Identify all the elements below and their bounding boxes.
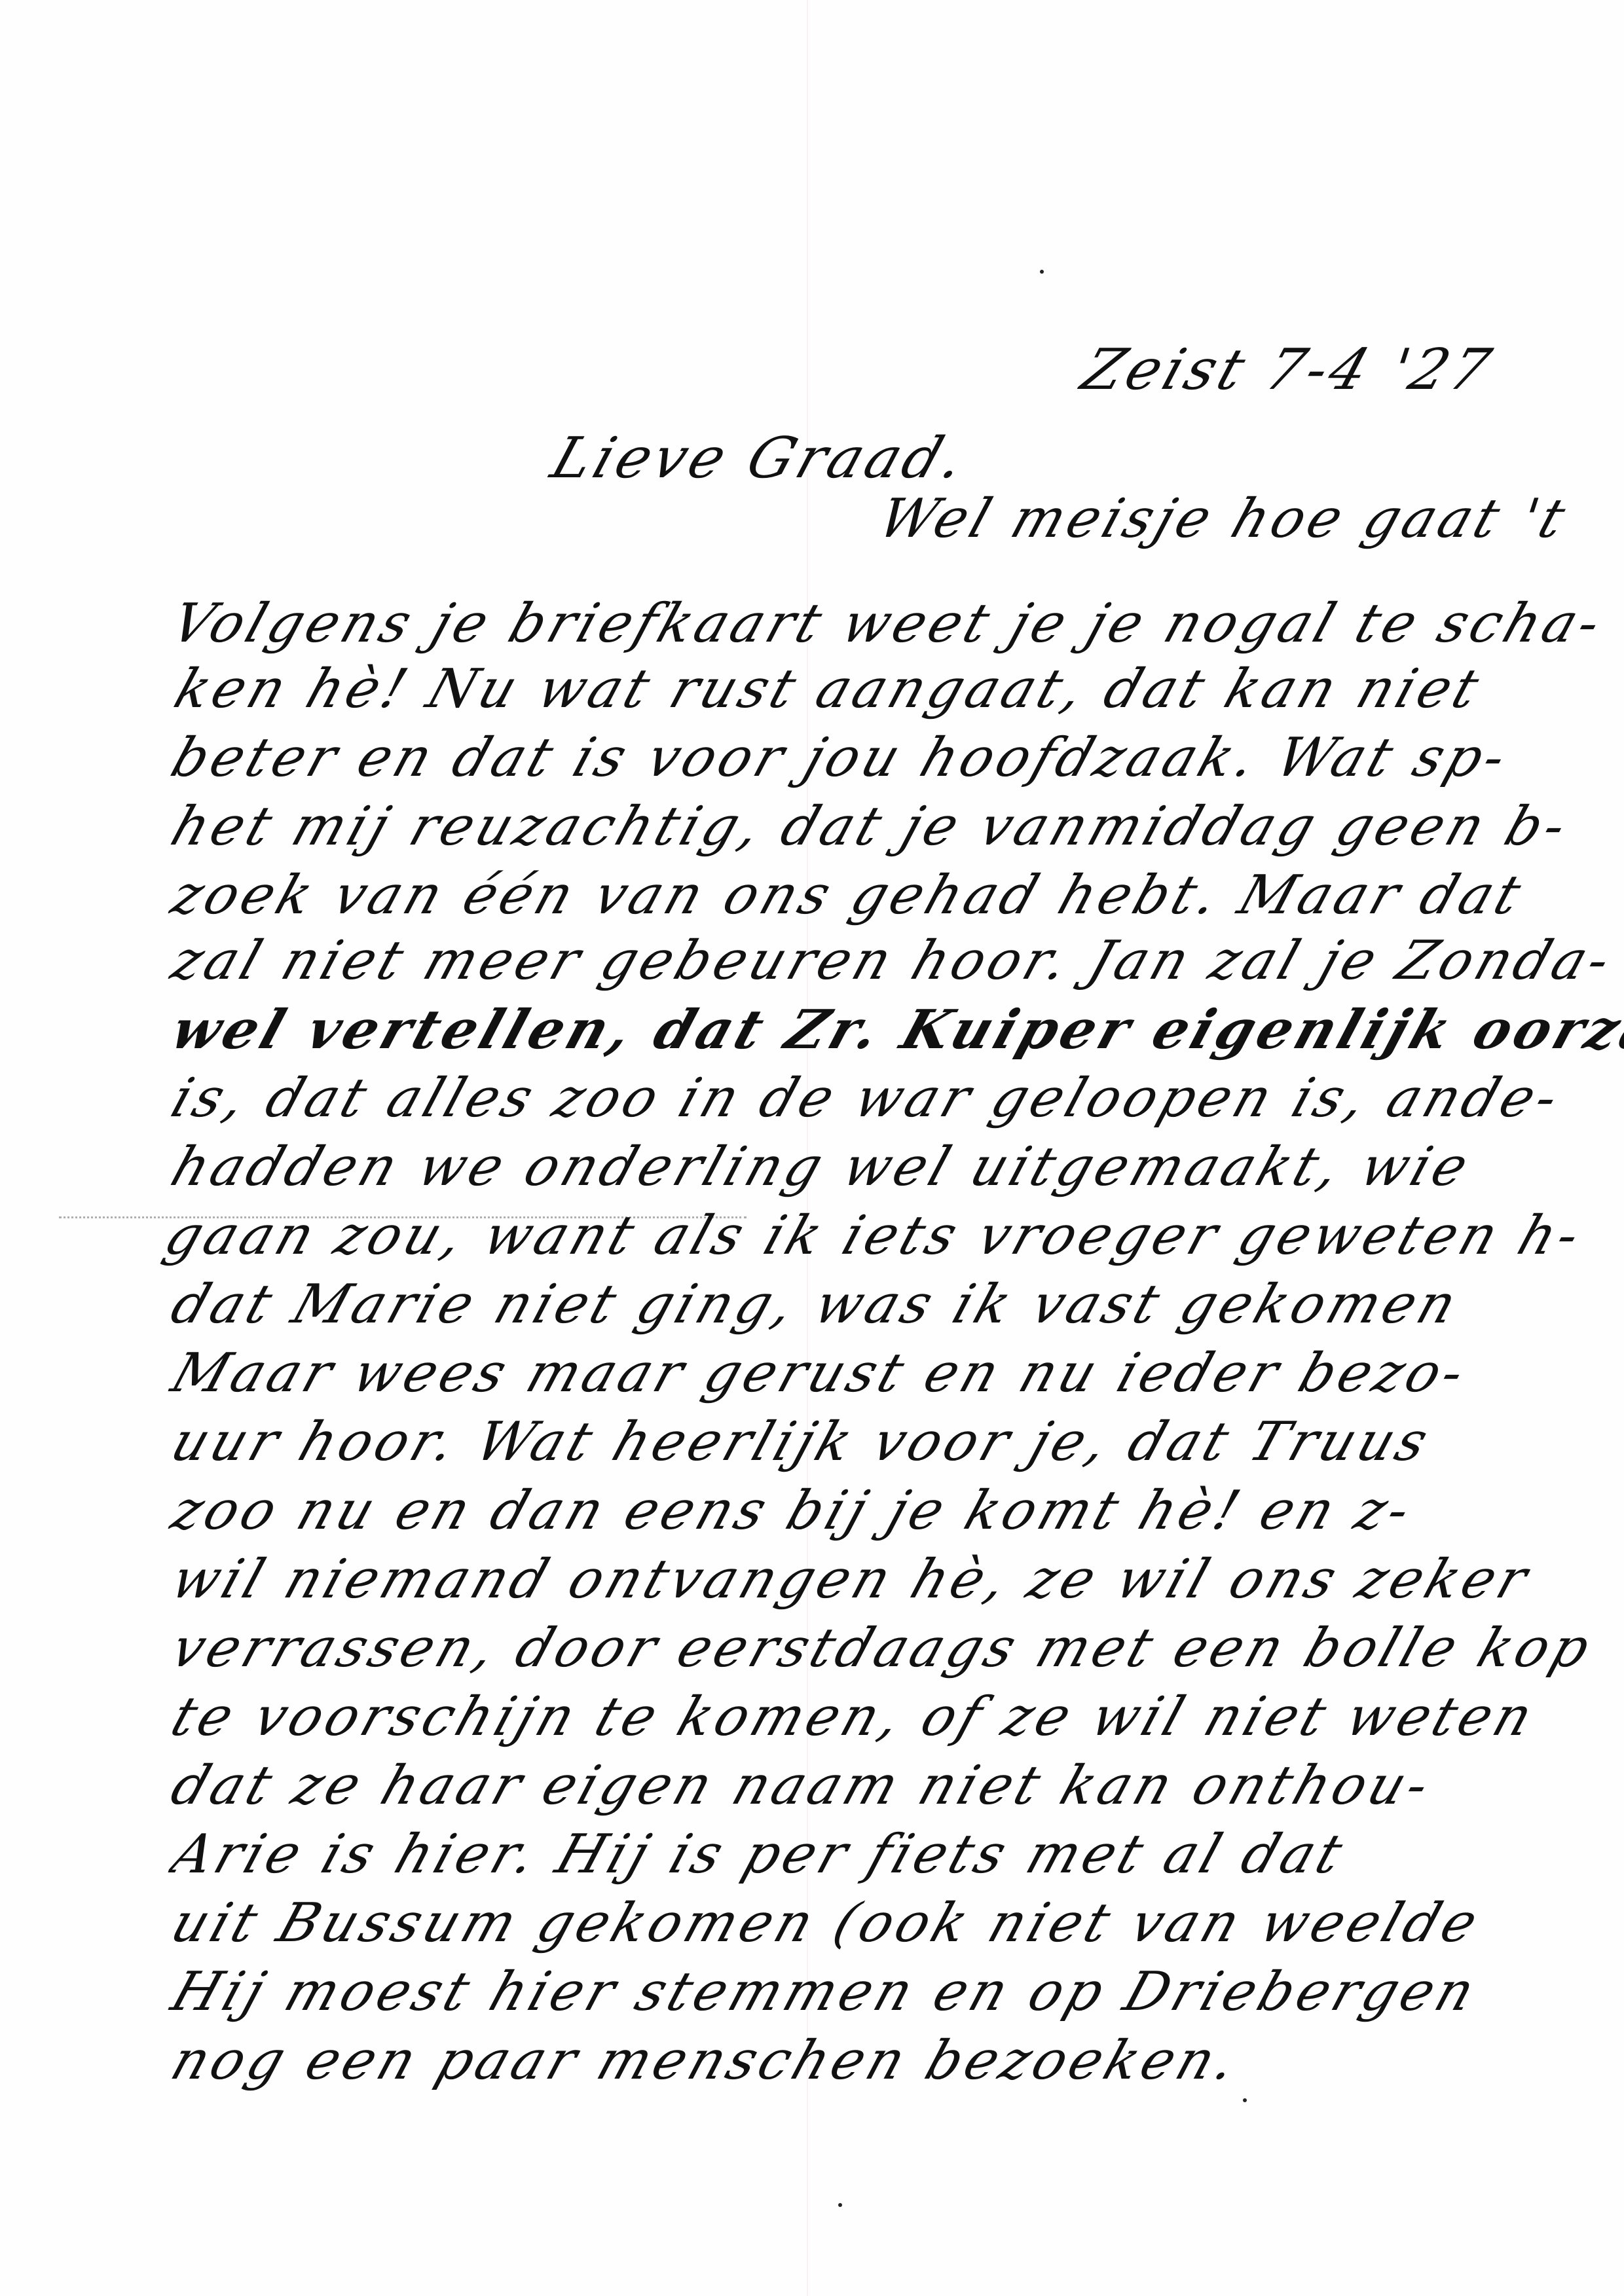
letter-line: is, dat alles zoo in de war geloopen is,…	[164, 1067, 1624, 1129]
ink-speck	[1040, 270, 1044, 274]
letter-line: Arie is hier. Hij is per fiets met al da…	[164, 1823, 1624, 1886]
letter-line: uit Bussum gekomen (ook niet van weelde	[164, 1892, 1624, 1954]
letter-page: Zeist 7-4 '27 Lieve Graad. Wel meisje ho…	[0, 0, 1624, 2296]
letter-line: dat Marie niet ging, was ik vast gekomen	[164, 1273, 1624, 1336]
place-date: Zeist 7-4 '27	[1074, 337, 1502, 403]
letter-line: Volgens je briefkaart weet je je nogal t…	[164, 592, 1624, 655]
letter-line: wel vertellen, dat Zr. Kuiper eigenlijk …	[164, 998, 1624, 1061]
letter-line: hadden we onderling wel uitgemaakt, wie	[164, 1136, 1624, 1198]
letter-line: zoek van één van ons gehad hebt. Maar da…	[164, 864, 1624, 926]
letter-line: het mij reuzachtig, dat je vanmiddag gee…	[164, 795, 1624, 858]
letter-line: uur hoor. Wat heerlijk voor je, dat Truu…	[164, 1411, 1624, 1473]
letter-line: Hij moest hier stemmen en op Driebergen	[164, 1961, 1624, 2023]
letter-line: Maar wees maar gerust en nu ieder bezo-	[164, 1342, 1624, 1404]
letter-line: dat ze haar eigen naam niet kan onthou-	[164, 1755, 1624, 1817]
letter-line: Wel meisje hoe gaat 't	[871, 488, 1624, 550]
ink-speck	[1243, 2098, 1247, 2102]
letter-line: zoo nu en dan eens bij je komt hè! en z-	[164, 1480, 1624, 1542]
letter-line: wil niemand ontvangen hè, ze wil ons zek…	[164, 1548, 1624, 1611]
salutation: Lieve Graad.	[544, 426, 977, 491]
letter-line: te voorschijn te komen, of ze wil niet w…	[164, 1686, 1624, 1748]
ink-speck	[838, 2203, 842, 2207]
letter-line: nog een paar menschen bezoeken.	[164, 2030, 1624, 2092]
letter-line: zal niet meer gebeuren hoor. Jan zal je …	[164, 930, 1624, 992]
letter-line: verrassen, door eerstdaags met een bolle…	[164, 1617, 1624, 1679]
letter-line: beter en dat is voor jou hoofdzaak. Wat …	[164, 727, 1624, 789]
letter-line: gaan zou, want als ik iets vroeger gewet…	[157, 1205, 1624, 1267]
letter-line: ken hè! Nu wat rust aangaat, dat kan nie…	[167, 658, 1624, 720]
